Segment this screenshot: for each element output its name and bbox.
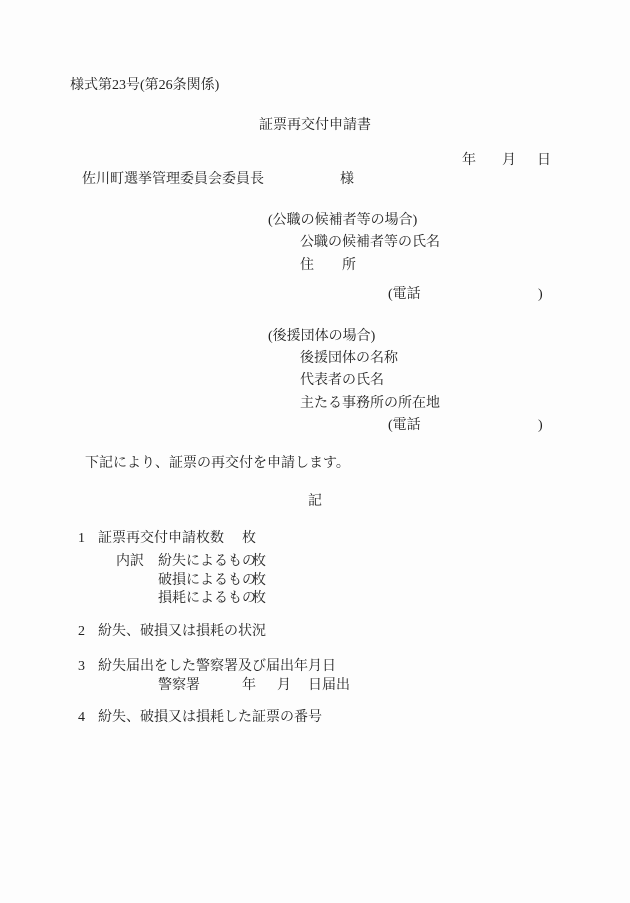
breakdown-lost-unit: 枚 [252,553,266,571]
item4-label: 紛失、破損又は損耗した証票の番号 [98,709,322,727]
date-day-label: 日 [537,152,551,170]
item1-breakdown-row: 内訳 紛失によるもの 枚 [0,553,630,573]
item1-breakdown-row: 破損によるもの 枚 [0,572,630,592]
group-phone-open: (電話 [388,417,421,435]
report-month-label: 月 [277,677,291,695]
item3-line: 3 紛失届出をした警察署及び届出年月日 [0,658,630,678]
candidate-phone-close: ) [538,286,543,304]
item3-label: 紛失届出をした警察署及び届出年月日 [98,658,336,676]
document-page: 様式第23号(第26条関係) 証票再交付申請書 年 月 日 佐川町選挙管理委員会… [0,0,630,903]
candidate-phone-line: (電話 ) [0,286,630,306]
item2-label: 紛失、破損又は損耗の状況 [98,623,266,641]
police-report-line: 警察署 年 月 日届出 [0,677,630,697]
date-month-label: 月 [502,152,516,170]
item1-number: 1 [78,530,85,548]
group-phone-close: ) [538,417,543,435]
addressee-title: 佐川町選挙管理委員会委員長 [82,171,264,189]
item4-number: 4 [78,709,85,727]
addressee-honorific: 様 [340,171,354,189]
group-phone-line: (電話 ) [0,417,630,437]
document-title: 証票再交付申請書 [0,117,630,137]
request-text: 下記により、証票の再交付を申請します。 [85,455,350,475]
addressee-line: 佐川町選挙管理委員会委員長 様 [0,171,630,191]
breakdown-worn-unit: 枚 [252,590,266,608]
date-line: 年 月 日 [0,152,630,172]
item1-label: 証票再交付申請枚数 [98,530,224,548]
item1-line: 1 証票再交付申請枚数 枚 [0,530,630,550]
breakdown-lost-label: 紛失によるもの [158,553,256,571]
group-office-label: 主たる事務所の所在地 [300,395,440,415]
breakdown-damaged-unit: 枚 [252,572,266,590]
item2-line: 2 紛失、破損又は損耗の状況 [0,623,630,643]
record-marker: 記 [0,493,630,513]
candidate-name-label: 公職の候補者等の氏名 [300,234,440,254]
item2-number: 2 [78,623,85,641]
candidate-address-label: 住 所 [300,257,356,277]
form-number: 様式第23号(第26条関係) [70,77,219,97]
candidate-section-heading: (公職の候補者等の場合) [268,212,417,232]
item4-line: 4 紛失、破損又は損耗した証票の番号 [0,709,630,729]
item1-breakdown-row: 損耗によるもの 枚 [0,590,630,610]
group-representative-label: 代表者の氏名 [300,372,384,392]
item1-unit: 枚 [242,530,256,548]
item3-number: 3 [78,658,85,676]
report-year-label: 年 [242,677,256,695]
report-day-label: 日届出 [308,677,350,695]
item1-breakdown-label: 内訳 [116,553,144,571]
candidate-phone-open: (電話 [388,286,421,304]
date-year-label: 年 [462,152,476,170]
breakdown-worn-label: 損耗によるもの [158,590,256,608]
group-name-label: 後援団体の名称 [300,350,398,370]
breakdown-damaged-label: 破損によるもの [158,572,256,590]
police-station-label: 警察署 [158,677,200,695]
group-section-heading: (後援団体の場合) [268,328,375,348]
